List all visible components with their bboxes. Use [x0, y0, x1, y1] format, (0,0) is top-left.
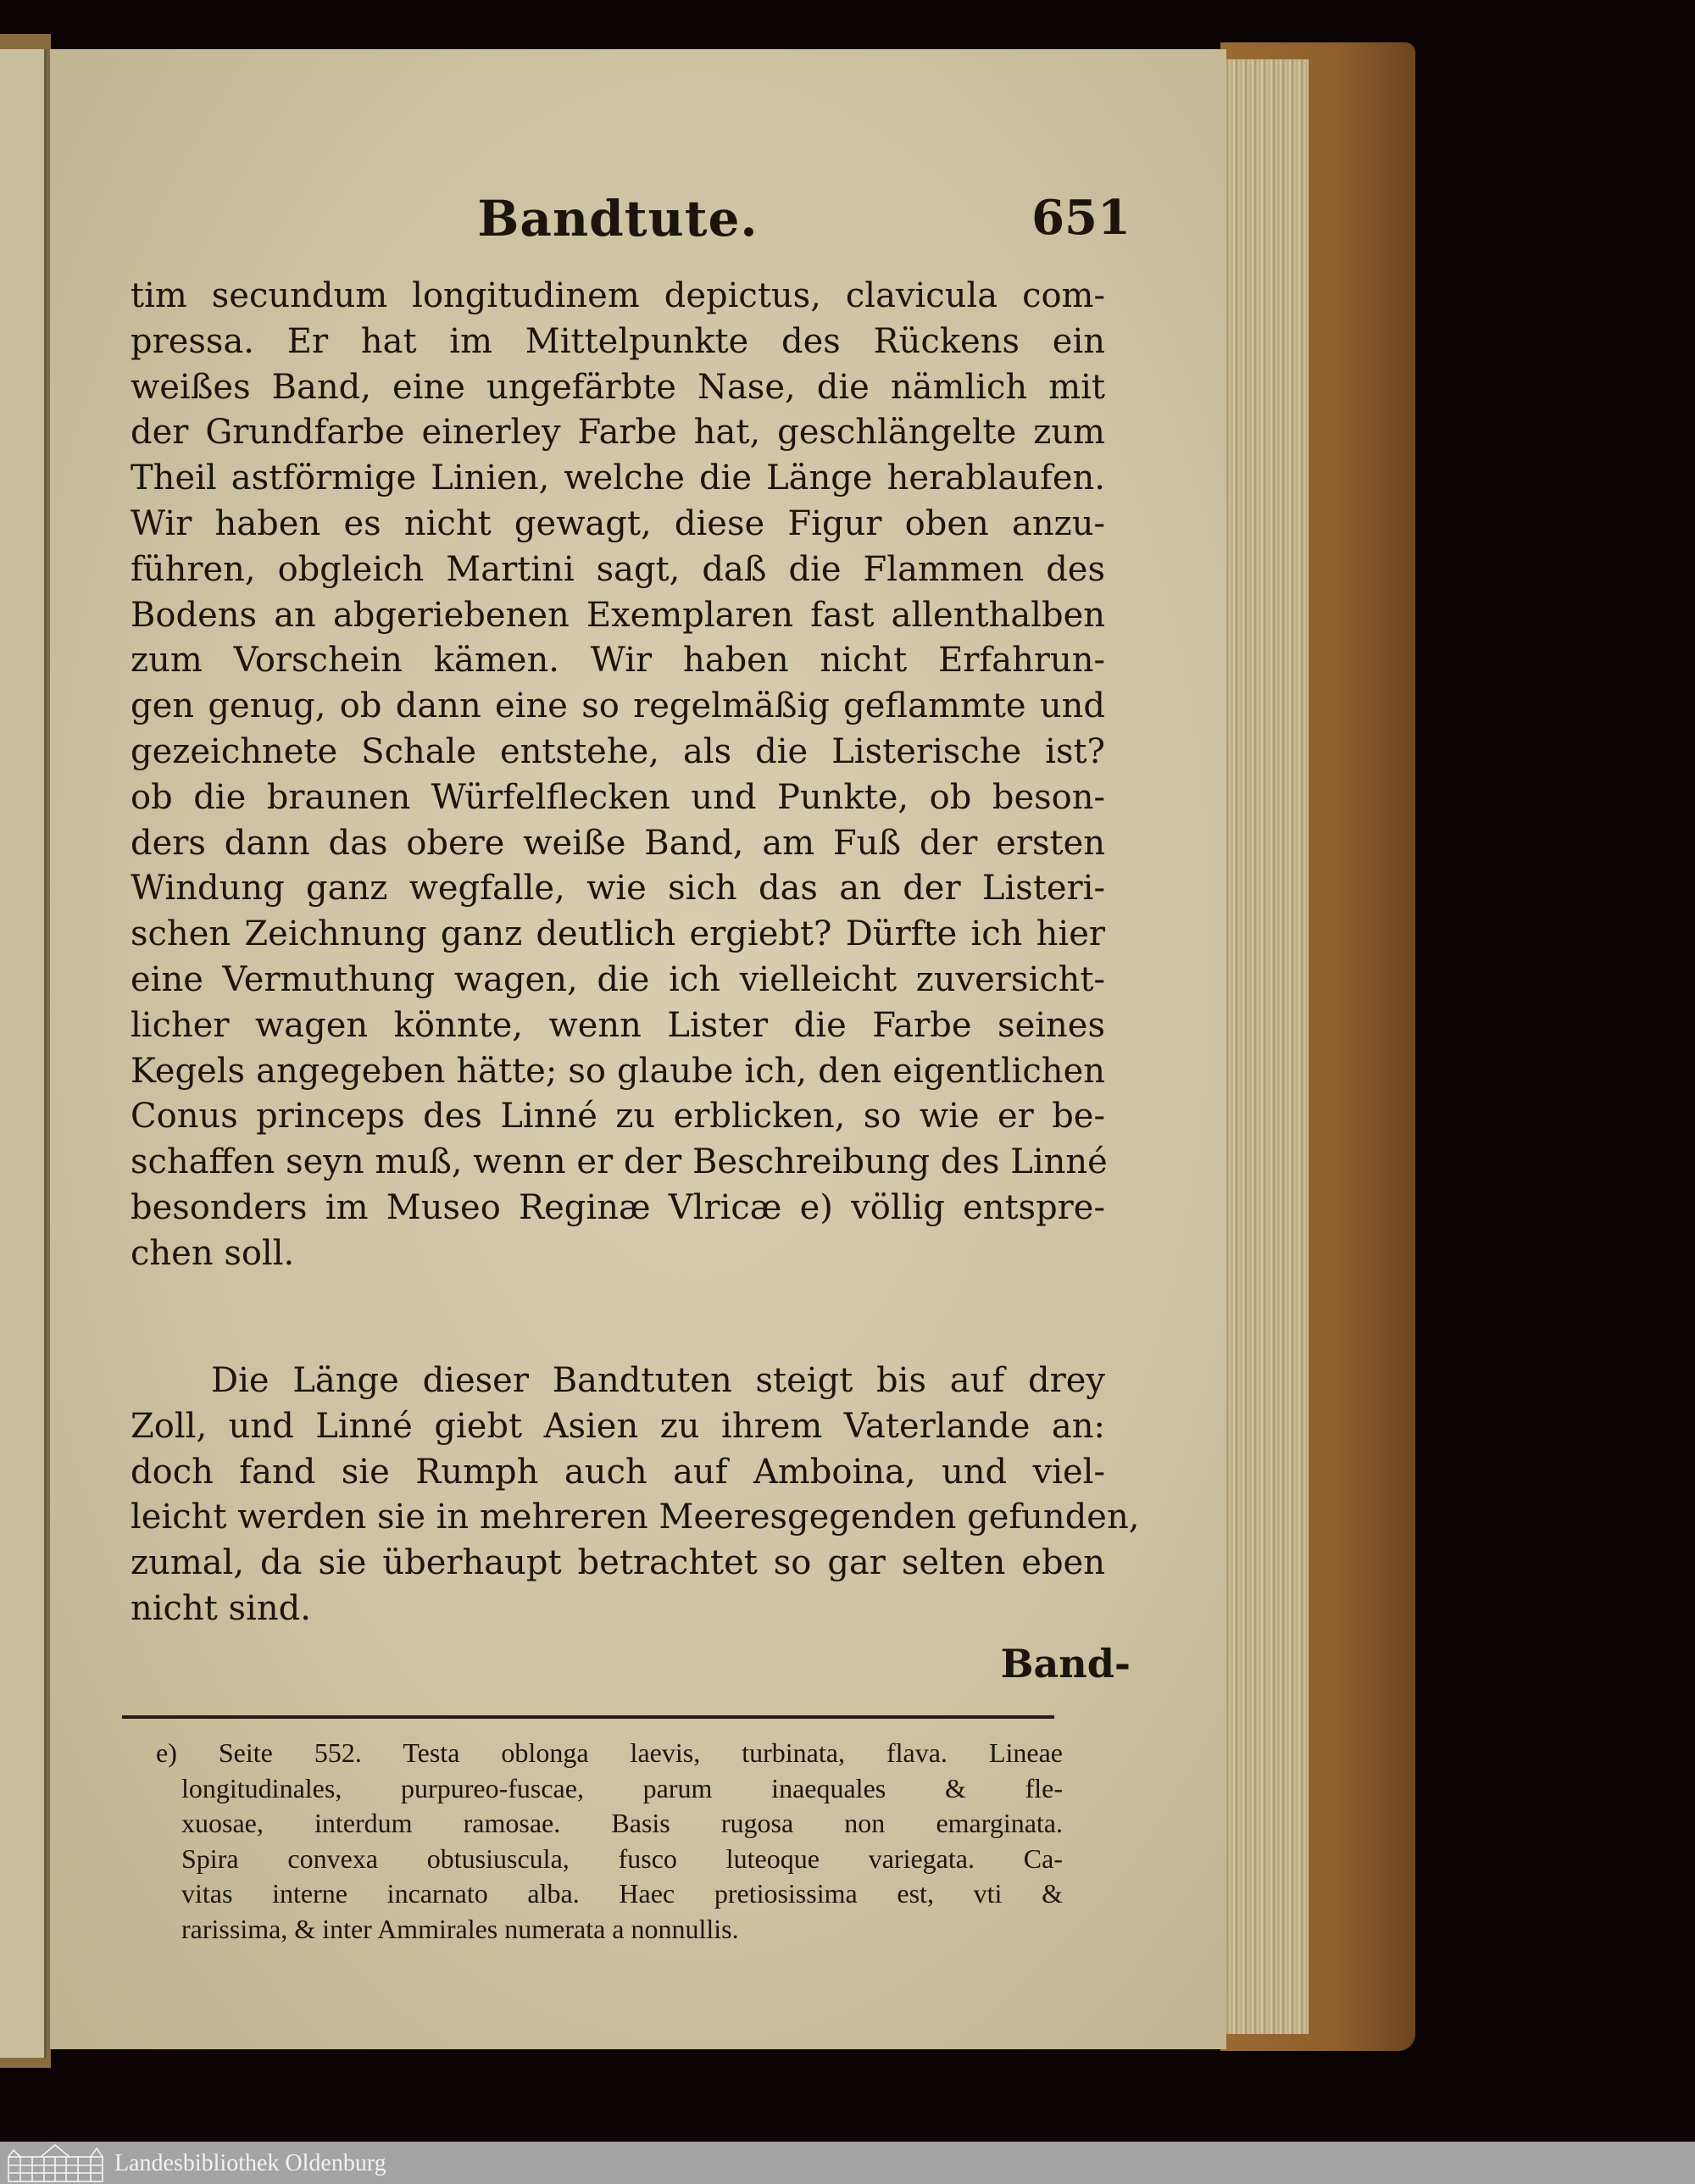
text-line: Windung ganz wegfalle, wie sich das an d…	[131, 866, 1105, 912]
text-line: Die Länge dieser Bandtuten steigt bis au…	[131, 1359, 1105, 1404]
text-line: chen soll.	[131, 1231, 1105, 1277]
text-line: Zoll, und Linné giebt Asien zu ihrem Vat…	[131, 1404, 1105, 1450]
text-line: ders dann das obere weiße Band, am Fuß d…	[131, 821, 1105, 867]
page-number: 651	[1031, 190, 1131, 246]
text-line: ob die braunen Würfelflecken und Punkte,…	[131, 775, 1105, 821]
text-line: leicht werden sie in mehreren Meeresgege…	[131, 1495, 1105, 1541]
footnote-line: vitas interne incarnato alba. Haec preti…	[131, 1876, 1063, 1912]
page-header: Bandtute. 651	[131, 190, 1105, 266]
text-line: Wir haben es nicht gewagt, diese Figur o…	[131, 502, 1105, 547]
text-line: nicht sind.	[131, 1587, 1105, 1632]
text-line: schaffen seyn muß, wenn er der Beschreib…	[131, 1140, 1105, 1186]
footnote-line: longitudinales, purpureo-fuscae, parum i…	[131, 1771, 1063, 1807]
text-line: zum Vorschein kämen. Wir haben nicht Erf…	[131, 638, 1105, 684]
text-line: schen Zeichnung ganz deutlich ergiebt? D…	[131, 912, 1105, 958]
text-line: gen genug, ob dann eine so regelmäßig ge…	[131, 684, 1105, 730]
text-line: licher wagen könnte, wenn Lister die Far…	[131, 1003, 1105, 1049]
text-line: weißes Band, eine ungefärbte Nase, die n…	[131, 365, 1105, 411]
footnote-line: e) Seite 552. Testa oblonga laevis, turb…	[131, 1736, 1063, 1771]
text-line: Bodens an abgeriebenen Exemplaren fast a…	[131, 593, 1105, 639]
text-line: führen, obgleich Martini sagt, daß die F…	[131, 547, 1105, 593]
library-building-icon	[7, 2143, 104, 2182]
footnote: e) Seite 552. Testa oblonga laevis, turb…	[131, 1736, 1063, 1947]
text-line: doch fand sie Rumph auch auf Amboina, un…	[131, 1450, 1105, 1496]
footnote-rule	[122, 1715, 1054, 1719]
text-line: pressa. Er hat im Mittelpunkte des Rücke…	[131, 320, 1105, 365]
running-head: Bandtute.	[131, 190, 1105, 247]
book-page: Bandtute. 651 tim secundum longitudinem …	[47, 49, 1226, 2049]
text-line: der Grundfarbe einerley Farbe hat, gesch…	[131, 410, 1105, 456]
text-line: tim secundum longitudinem depictus, clav…	[131, 274, 1105, 320]
institution-name: Landesbibliothek Oldenburg	[114, 2150, 386, 2177]
text-line: zumal, da sie überhaupt betrachtet so ga…	[131, 1541, 1105, 1587]
scan-background: Bandtute. 651 tim secundum longitudinem …	[0, 0, 1695, 2142]
footnote-line: rarissima, & inter Ammirales numerata a …	[131, 1912, 1063, 1948]
text-line: gezeichnete Schale entstehe, als die Lis…	[131, 730, 1105, 775]
previous-page-edge	[0, 49, 47, 2058]
text-line: eine Vermuthung wagen, die ich vielleich…	[131, 958, 1105, 1003]
page-edges	[1220, 59, 1309, 2034]
paragraph-1: tim secundum longitudinem depictus, clav…	[131, 274, 1105, 1277]
footnote-line: xuosae, interdum ramosae. Basis rugosa n…	[131, 1806, 1063, 1842]
text-line: besonders im Museo Reginæ Vlricæ e) völl…	[131, 1186, 1105, 1231]
footnote-line: Spira convexa obtusiuscula, fusco luteoq…	[131, 1842, 1063, 1877]
text-line: Kegels angegeben hätte; so glaube ich, d…	[131, 1049, 1105, 1095]
catchword: Band-	[1001, 1641, 1131, 1687]
text-line: Conus princeps des Linné zu erblicken, s…	[131, 1094, 1105, 1140]
text-line: Theil astförmige Linien, welche die Läng…	[131, 456, 1105, 502]
footer-bar: Landesbibliothek Oldenburg	[0, 2142, 1695, 2184]
paragraph-2: Die Länge dieser Bandtuten steigt bis au…	[131, 1359, 1105, 1632]
